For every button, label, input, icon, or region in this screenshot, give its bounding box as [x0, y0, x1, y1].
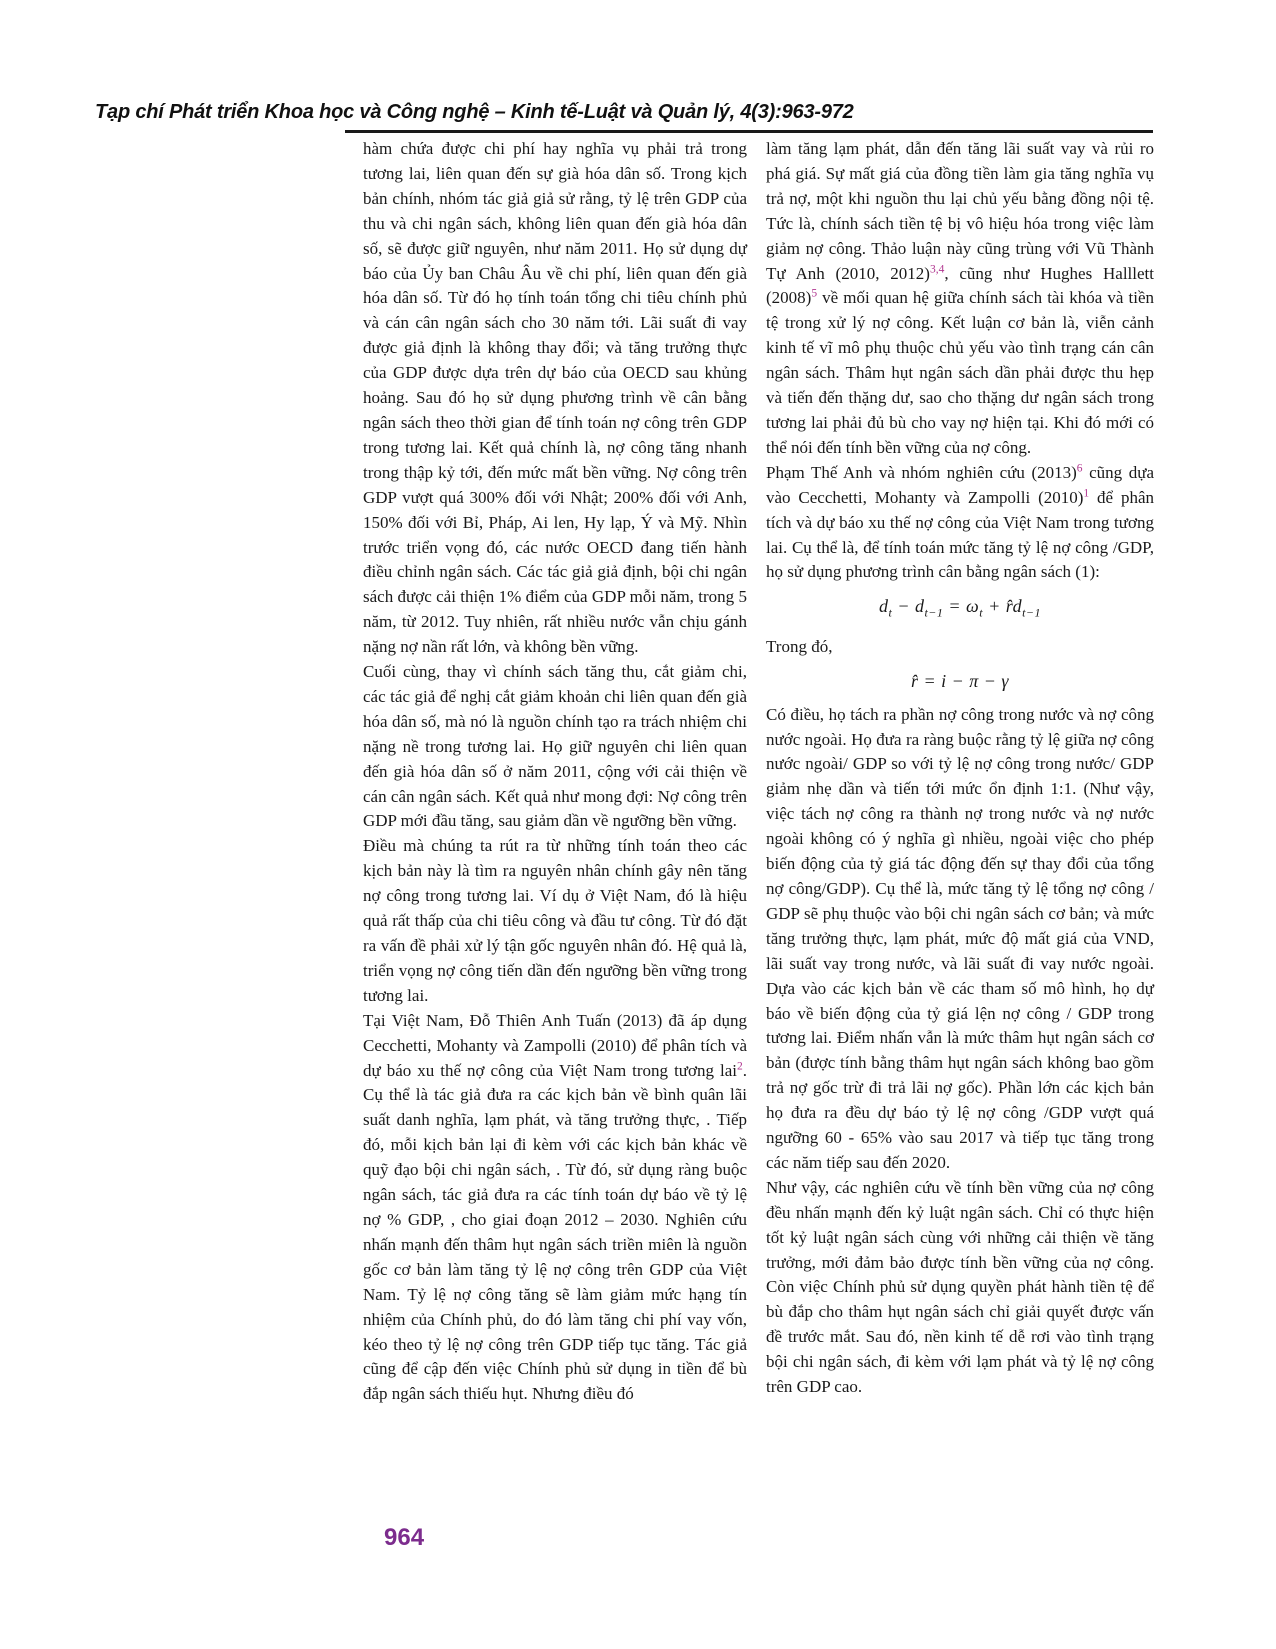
text-column-left: hàm chứa được chi phí hay nghĩa vụ phải … [363, 137, 747, 1407]
paragraph: Như vậy, các nghiên cứu về tính bền vững… [766, 1176, 1154, 1400]
text-column-right: làm tăng lạm phát, dẫn đến tăng lãi suất… [766, 137, 1154, 1400]
reference-superscript: 3,4 [930, 263, 944, 275]
page-number: 964 [384, 1524, 424, 1552]
header-rule [345, 130, 1153, 133]
reference-superscript: 1 [1083, 487, 1089, 499]
journal-page: Tạp chí Phát triển Khoa học và Công nghệ… [0, 0, 1276, 1649]
reference-superscript: 2 [737, 1060, 743, 1072]
paragraph: hàm chứa được chi phí hay nghĩa vụ phải … [363, 137, 747, 660]
paragraph: Cuối cùng, thay vì chính sách tăng thu, … [363, 660, 747, 834]
math-formula: r̂ = i − π − γ [766, 669, 1154, 694]
paragraph: Điều mà chúng ta rút ra từ những tính to… [363, 834, 747, 1008]
reference-superscript: 6 [1077, 462, 1083, 474]
paragraph: làm tăng lạm phát, dẫn đến tăng lãi suất… [766, 137, 1154, 461]
paragraph: Có điều, họ tách ra phần nợ công trong n… [766, 703, 1154, 1176]
reference-superscript: 5 [811, 288, 817, 300]
paragraph: Phạm Thế Anh và nhóm nghiên cứu (2013)6 … [766, 461, 1154, 586]
paragraph: Trong đó, [766, 635, 1154, 660]
paragraph: Tại Việt Nam, Đỗ Thiên Anh Tuấn (2013) đ… [363, 1009, 747, 1408]
journal-header-title: Tạp chí Phát triển Khoa học và Công nghệ… [95, 101, 854, 124]
math-formula: dt − dt−1 = ωt + r̂dt−1 [766, 594, 1154, 626]
